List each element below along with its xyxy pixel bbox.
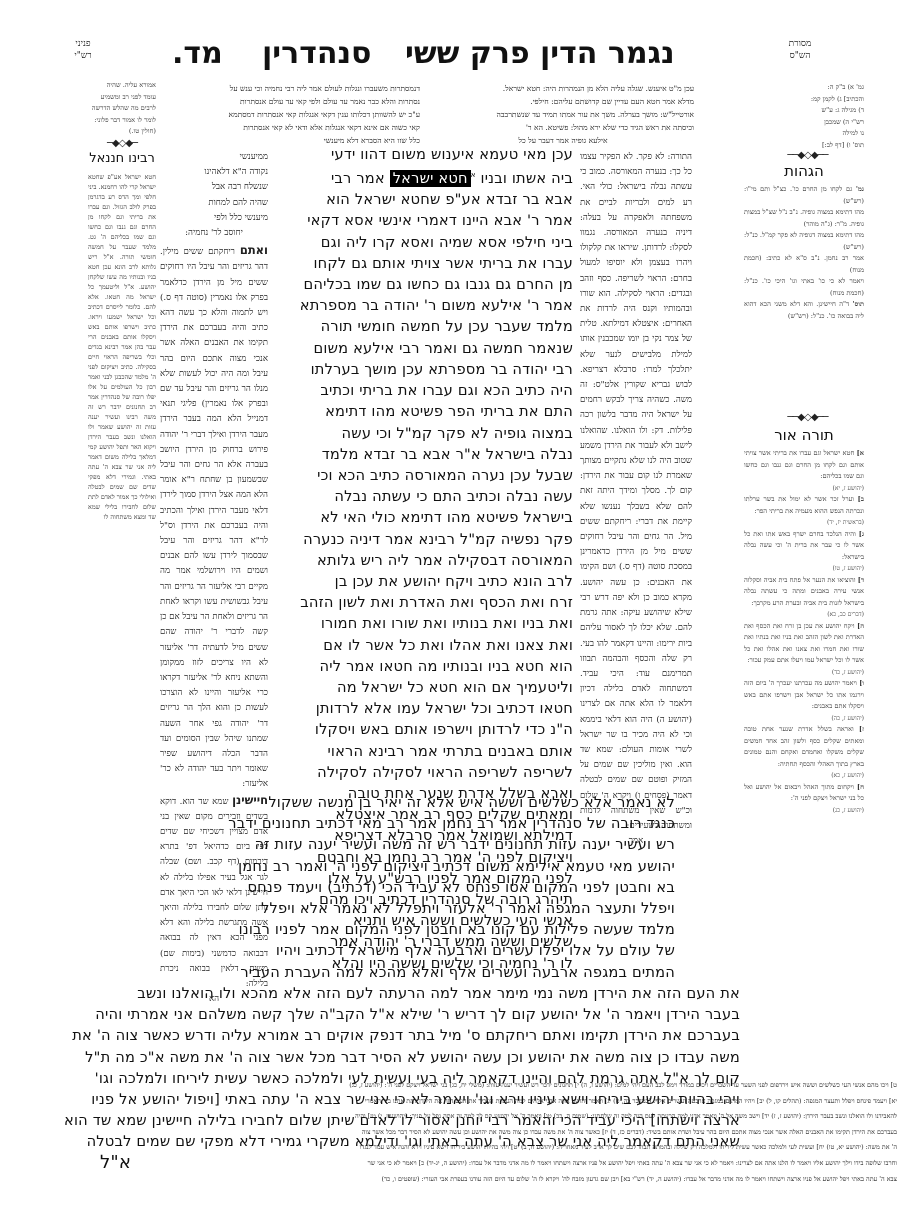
torah-or-title: תורה אור xyxy=(744,424,864,446)
chapter-title: נגמר הדין xyxy=(540,36,675,72)
verse-mark: ה] xyxy=(857,622,864,630)
hagahot-src: (ג"ה מוהר) xyxy=(804,220,833,228)
rashi-top: עכן מ"ט איענש. שגלה עליה הלא מן הנמהרות … xyxy=(432,82,694,147)
hagahot-src: (רש"ש) xyxy=(788,312,809,320)
intro-source: (חולין טו.) xyxy=(88,126,156,138)
torah-or-entry: א] חטא ישראל וגם עברו את בריתי אשר צויתי… xyxy=(744,448,864,494)
torah-or-entry: ד] והוציאו את הנער אל פתח בית אביה וסקלו… xyxy=(744,575,864,621)
gemara-line: הוא חטא בניו ובנותיו מה חטאו אמר ליה xyxy=(275,656,573,677)
verse-mark: ז] xyxy=(859,725,864,733)
masoret-hashas-label: מסורת הש"ס xyxy=(775,38,825,62)
gemara-text: אמר רבי xyxy=(331,170,385,187)
hagahot-entry: גמ' גם לקחו מן החרם כו'. כצ"ל ותם מי"ו: … xyxy=(744,184,864,207)
masoret-entry: והכתיב] ג) לקמן קמ: xyxy=(744,94,864,106)
tosafot-dibur-1: ואתם ריחקתם ששים מילין. דהר גריזים והר ע… xyxy=(160,243,268,792)
gemara-line: רבי יהודה בר מספרתא עכן מושך בערלתו xyxy=(275,359,573,380)
gemara-line: רש ועשיר יענה עזות תחנונים ידבר רש זה מש… xyxy=(165,834,675,855)
footnote-line: ט] ויכו מהם אנשי העי כשלשים וששה איש ויר… xyxy=(52,1078,897,1094)
footnote-line: בעברכם את הירדן תקימו את האבנים האלה אשר… xyxy=(52,1125,897,1141)
hagahot-section: גמ' גם לקחו מן החרם כו'. כצ"ל ותם מי"ו: … xyxy=(744,184,864,322)
gemara-line: עברו את בריתי אשר צויתי אותם גם לקחו xyxy=(275,253,573,274)
verse-mark: ח] xyxy=(857,783,864,791)
rashi-line: וכיסתה את ראש הגיד כדי שלא ירא מהול: פשי… xyxy=(432,121,694,134)
hagahot-text: אמר רב נחמן. נ"ב ס"א לא כתיב: xyxy=(766,254,864,262)
gemara-line: היה כתיב הכא וגם עברו את בריתי וכתיב xyxy=(275,380,573,401)
gemara-line: אמר ר' אילעא משום ר' יהודה בר מספרתא xyxy=(275,295,573,316)
ornament-divider-icon: ──◆◇◆── xyxy=(750,412,865,423)
gemara-line: חטאו דכתיב וכל ישראל עמו אלא לרדותן xyxy=(275,698,573,719)
rashi-line: מדלא אמר חטא העם עדיין שם קדושתם עליהם: … xyxy=(432,95,694,108)
footnote-line: צבא ה' עתה באתי ויפל יהושע אל פניו ארצה … xyxy=(52,1172,897,1188)
gemara-line: יהושע מאי טעמא אילימא משום דכתיב ויציקום… xyxy=(165,856,675,877)
verse-text: והיה הנלכד בחרם ישרף באש אתו ואת כל אשר … xyxy=(744,530,864,561)
gemara-line: ואת צאנו ואת אהלו ואת כל אשר לו אם xyxy=(275,635,573,656)
masoret-label-line1: מסורת xyxy=(775,38,825,50)
gemara-text: ביה אשתו ובניו xyxy=(481,170,573,187)
verse-ref: (יהושע ז, כה) xyxy=(744,713,864,725)
verse-mark: ד] xyxy=(858,576,864,584)
gemara-line: זרח ואת הכסף ואת האדרת ואת לשון הזהב xyxy=(275,592,573,613)
tosafot-line: נקודה ה"א דלאהינו xyxy=(160,165,268,180)
verse-ref: (יהושע ז, כד) xyxy=(744,667,864,679)
hagahot-title: הגהות xyxy=(744,160,864,182)
rashi-line: אורטייל"ש: מושך בערלה. משך את עור אמתו ת… xyxy=(432,108,694,121)
gemara-line: מלמד שעשה פלילות עם קונו בא וחבטן לפני ה… xyxy=(165,919,675,940)
dibur-text: דהר גריזים והר עיבל היו רחוקים ששים מיל … xyxy=(160,262,268,789)
gemara-line: המתים במגפה ארבעה ועשרים אלף ואלא מהכא ל… xyxy=(165,962,675,983)
intro-line: עומד לפני רב ומשמיע xyxy=(88,92,156,104)
intro-line: לומר לו אמור דבר פלוני: xyxy=(88,115,156,127)
footnote-line: ה' את משה: (יהושע יא, טו) יח] ועשית לעי … xyxy=(52,1140,897,1156)
tosafot-line: מיענשי כלל ולפי xyxy=(160,211,268,226)
gemara-line: משה עבדו כן צוה משה את יהושע וכן עשה יהו… xyxy=(32,1047,740,1068)
rashi-line: עכן מ"ט איענש. שגלה עליה הלא מן הנמהרות … xyxy=(432,82,694,95)
torah-or-entry: ז] ואראה בשלל אדרת שנער אחת טובה ומאתים … xyxy=(744,724,864,782)
verse-text: והוציאו את הנער אל פתח בית אביה וסקלוה א… xyxy=(744,576,864,607)
torah-or-section: א] חטא ישראל וגם עברו את בריתי אשר צויתי… xyxy=(744,448,864,816)
gemara-line: אבא בר זבדא אע"פ שחטא ישראל הוא xyxy=(275,189,573,210)
gemara-line: אותם באבנים בתרתי אמר רבינא הראוי xyxy=(275,741,573,762)
tosafot-line: יחוסב לר' נחמיה: xyxy=(160,226,268,241)
gemara-line: בישראל פשיטא מהו דתימא כולי האי לא xyxy=(275,507,573,528)
gemara-line: אמר ר' אבא היינו דאמרי אינשי אסא דקאי xyxy=(275,210,573,231)
verse-ref: (יהושע ז, יא) xyxy=(744,483,864,495)
intro-line: אמורא עליה. שהיה xyxy=(88,80,156,92)
tosafot-line: ע"כ יש להשוותן דכלותו ענין דקאי אנגלות ק… xyxy=(150,108,420,121)
gemara-line: וליטעמיך אם הוא חטא כל ישראל מה xyxy=(275,677,573,698)
torah-or-entry: ג] והיה הנלכד בחרם ישרף באש אתו ואת כל א… xyxy=(744,529,864,575)
dibur-hamatchil: ואתם xyxy=(240,243,268,257)
intro-line: לרבים מה שהלש הדרשה xyxy=(88,103,156,115)
masoret-entry: ד) מגילה ג: ע"ש xyxy=(744,105,864,117)
verse-ref: (דברים כב, כא) xyxy=(744,609,864,621)
gemara-line: לרב הונא כתיב ויקח יהושע את עכן בן xyxy=(275,571,573,592)
torah-or-entry: ו] ויאמר יהושע מה עכרתנו יעכרך ה' ביום ה… xyxy=(744,678,864,724)
gemara-line: בעברכם את הירדן תקימו ואתם ריחקתם ס' מיל… xyxy=(32,1025,740,1046)
torah-or-entry: ב] וערל זכר אשר לא ימול את בשר ערלתו ונכ… xyxy=(744,494,864,529)
gemara-line: שבעל עכן נערה המאורסה כתיב הכא וכי xyxy=(275,465,573,486)
hagahot-entry: ויאמר לא כי כו' באתי וגו' היכי כו'. כנ"ל… xyxy=(744,276,864,299)
gemara-line: מן החרם גם גנבו גם כחשו גם שמו בכליהם xyxy=(275,274,573,295)
torah-or-entry: ח] ויקחום מתוך האהל ויבאום אל יהושע ואל … xyxy=(744,782,864,817)
rashi-column: התורה: לא פקר. לא הפקיר עצמו כל כך: בנער… xyxy=(580,150,692,849)
perek-label: פרק ששי xyxy=(405,36,530,72)
gemara-line: כנגד רובה של סנהדרין אמר רב נחמן אמר רב … xyxy=(165,813,675,834)
gemara-line: ואת בניו ואת בנותיו ואת שורו ואת חמורו xyxy=(275,613,573,634)
hagahot-entry: מהו דתימא במצוה דגופיה לא פקר קמ"ל. כנ"ל… xyxy=(744,230,864,253)
gemara-line: ה"נ כדי לרדותן וישרפו אותם באש ויסקלו xyxy=(275,719,573,740)
gemara-line: של עולם על אלו יפלו עשרים וארבעה אלף מיש… xyxy=(165,940,675,961)
gemara-line: בא וחבטן לפני המקום אטו פנחס לא עביד הכי… xyxy=(165,877,675,898)
footnote-line: להאבידנו ולו הואלנו ונשב בעבר הירדן: (יה… xyxy=(52,1109,897,1125)
tosafot-line: שהיה להם למחות xyxy=(160,196,268,211)
tosafot-line: נסתרות והלא כבר נאמר עד עולם ולפי קאי עד… xyxy=(150,95,420,108)
hagahot-lead: תוס' xyxy=(853,300,864,308)
hagahot-entry: אמר רב נחמן. נ"ב ס"א לא כתיב: (חכמת מנוח… xyxy=(744,253,864,276)
verse-ref: (יהושע ז, כא) xyxy=(744,770,864,782)
gemara-line: לשריפה לשריפה הראוי לסקילה לסקילה xyxy=(275,762,573,783)
tosafot-line: ממיענשי xyxy=(160,150,268,165)
footnotes-section: ט] ויכו מהם אנשי העי כשלשים וששה איש ויר… xyxy=(52,1078,897,1187)
gemara-line: נבלה בישראל א"ר אבא בר זבדא מלמד xyxy=(275,444,573,465)
gemara-line: את העם הזה את הירדן משה נמי מימר אמר למה… xyxy=(32,983,740,1004)
gemara-line: עכן מאי טעמא איענוש משום דהוו ידעי xyxy=(275,144,573,165)
verse-mark: א] xyxy=(857,449,864,457)
tractate-title: סנהדרין xyxy=(262,36,371,72)
footnote-line: וחרבו שלופה בידו וילך יהושע אליו ויאמר ל… xyxy=(52,1156,897,1172)
masoret-entry: רש"י ה) שמכבן xyxy=(744,117,864,129)
penei-label-line1: פניני xyxy=(58,38,108,50)
gemara-line: ביני חילפי אסא שמיה ואסא קרו ליה וגם xyxy=(275,232,573,253)
gemara-line: ביה אשתו ובניו אחטא ישראל אמר רבי xyxy=(275,165,573,189)
gemara-line: במצוה גופיה לא פקר קמ"ל וכי עשה xyxy=(275,423,573,444)
hagahot-entry: תוס' ד"ה חיישינן. והא דלא משני הכא דהוא … xyxy=(744,299,864,322)
footnote-marker: א xyxy=(471,171,476,179)
hagahot-text: מהו דתימא במצוה דגופיה לא פקר קמ"ל. כנ"ל… xyxy=(744,231,864,239)
verse-ref: (יהושע ז, טו) xyxy=(744,563,864,575)
masoret-label-line2: הש"ס xyxy=(775,50,825,62)
highlighted-phrase: חטא ישראל xyxy=(390,170,471,187)
masoret-entry: נו למילה xyxy=(744,128,864,140)
penei-rashi-label: פניני רש"י xyxy=(58,38,108,62)
hagahot-src: (רש"ש) xyxy=(843,197,864,205)
rabbeinu-chananel-text: חטא ישראל אע"פ שחטא ישראל קרי להו רחמנא.… xyxy=(88,172,156,522)
gemara-line: מלמד שעבר עכן על חמשה חומשי תורה xyxy=(275,316,573,337)
masoret-entry: גמ' א) ב"ק ה: xyxy=(744,82,864,94)
verse-text: ויקחום מתוך האהל ויבאום אל יהושע ואל כל … xyxy=(744,783,864,803)
rabbeinu-chananel-intro: אמורא עליה. שהיה עומד לפני רב ומשמיע לרב… xyxy=(88,80,156,138)
gemara-line: המאורסה דבסקילה אמר ליה ריש גלותא xyxy=(275,550,573,571)
gemara-line: עשה נבלה וכתיב התם כי עשתה נבלה xyxy=(275,486,573,507)
gemara-line: לא נאמר אלא כשלשים וששה איש אלא זה יאיר … xyxy=(165,792,675,813)
masoret-hashas: גמ' א) ב"ק ה: והכתיב] ג) לקמן קמ: ד) מגי… xyxy=(744,82,864,151)
verse-text: וערל זכר אשר לא ימול את בשר ערלתו ונכרתה… xyxy=(744,495,864,515)
penei-label-line2: רש"י xyxy=(58,50,108,62)
hagahot-lead: גמ' xyxy=(856,185,864,193)
hagahot-src: (חכמת מנוח) xyxy=(830,289,864,297)
hagahot-entry: מהו דתימא במצוה גופיה. נ"ב נ"ל שצ"ל במצו… xyxy=(744,207,864,230)
rashi-text: התורה: לא פקר. לא הפקיר עצמו כל כך: בנער… xyxy=(580,152,692,831)
daf-number: מד. xyxy=(172,36,223,72)
gemara-line: שנאמר חמשה גם ואמר רבי אילעא משום xyxy=(275,338,573,359)
hagahot-src: (רש"ש) xyxy=(843,243,864,251)
rabbeinu-chananel-title: רבינו חננאל xyxy=(84,148,160,170)
verse-mark: ו] xyxy=(859,679,864,687)
tosafot-line: קאי כשוה אם אינא דקאי אנגלות אלא ודאי לא… xyxy=(150,121,420,134)
gemara-line: פקר נפשיה קמ"ל רבינא אמר דיניה כנערה xyxy=(275,529,573,550)
verse-ref: (יהושע ז, כג) xyxy=(744,805,864,817)
gemara-line: ויפלל ותעצר המגפה ואמר ר' אלעזר ויתפלל ל… xyxy=(165,898,675,919)
gemara-line: התם את בריתי הפר פשיטא מהו דתימא xyxy=(275,401,573,422)
dibur-rest: ריחקתם ששים מילין. xyxy=(160,247,235,257)
verse-text: ויאמר יהושע מה עכרתנו יעכרך ה' ביום הזה … xyxy=(744,679,864,710)
verse-ref: (בראשית יז, יד) xyxy=(744,517,864,529)
verse-mark: ג] xyxy=(859,530,864,538)
tosafot-line: דנמסתרות משעברו ונגלות לעולם אמר ליה רבי… xyxy=(150,82,420,95)
hagahot-text: גם לקחו מן החרם כו'. כצ"ל ותם מי"ו: xyxy=(744,185,852,193)
gemara-lower-mid: לא נאמר אלא כשלשים וששה איש אלא זה יאיר … xyxy=(165,792,675,983)
verse-text: חטא ישראל וגם עברו את בריתי אשר צויתי או… xyxy=(744,449,864,480)
verse-text: ואראה בשלל אדרת שנער אחת טובה ומאתים שקל… xyxy=(744,725,864,768)
hagahot-text: ויאמר לא כי כו' באתי וגו' היכי כו'. כנ"ל… xyxy=(744,277,864,285)
torah-or-entry: ה] ויקח יהושע את עכן בן זרח ואת הכסף ואת… xyxy=(744,621,864,679)
tosafot-line: שנשלח רבה אבל xyxy=(160,180,268,195)
gemara-line: בעבר הירדן ויאמר ה' אל יהושע קום לך דריש… xyxy=(32,1004,740,1025)
verse-text: ויקח יהושע את עכן בן זרח ואת הכסף ואת הא… xyxy=(744,622,864,665)
tosafot-top: דנמסתרות משעברו ונגלות לעולם אמר ליה רבי… xyxy=(150,82,420,147)
footnote-line: יא] ויעמד פינחס ויפלל ותעצר המגפה: (תהלי… xyxy=(52,1094,897,1110)
verse-mark: ב] xyxy=(858,495,864,503)
